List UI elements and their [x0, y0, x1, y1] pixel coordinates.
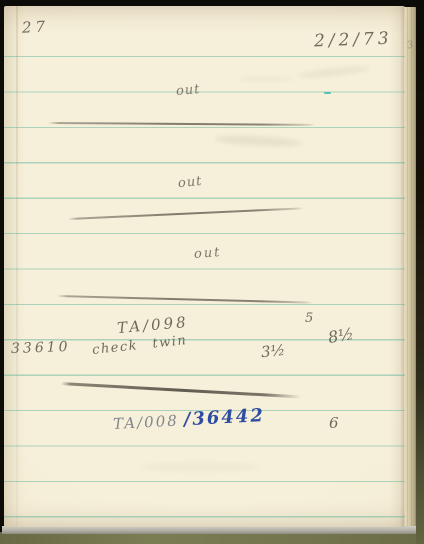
strike-line-3 [57, 295, 313, 304]
blue-code-prefix: TA/008 [113, 412, 180, 433]
engine-code-blue: TA/008 /36442 [113, 405, 266, 434]
page-number: 27 [22, 17, 50, 36]
handwriting-layer: 27 2/2/73 3 out out out TA/098 33610 che… [0, 0, 424, 544]
edge-mark: 3 [406, 39, 415, 51]
strike-line-2 [68, 207, 304, 219]
value-three-half: 3½ [260, 341, 286, 361]
serial-number: 33610 [11, 339, 71, 357]
blue-code-number: /36442 [183, 405, 265, 430]
faint-smudge-top-2 [238, 76, 293, 82]
faint-smudge-top [298, 64, 370, 79]
entry-out-1: out [175, 82, 201, 99]
teal-mark-artifact [324, 92, 331, 94]
value-six: 6 [329, 414, 339, 432]
strike-line-1 [48, 122, 315, 126]
entry-out-3: out [194, 245, 222, 262]
strike-line-4 [61, 382, 302, 398]
entry-out-2: out [177, 174, 203, 191]
photographed-notebook-page: 27 2/2/73 3 out out out TA/098 33610 che… [0, 0, 424, 544]
faint-smudge-bottom [140, 462, 260, 472]
erased-pencil-smudge [214, 134, 302, 149]
value-eight-half: 8½ [327, 324, 356, 347]
value-five: 5 [305, 311, 313, 326]
note-check-twin: check twin [91, 333, 188, 358]
date-entry: 2/2/73 [314, 29, 393, 52]
